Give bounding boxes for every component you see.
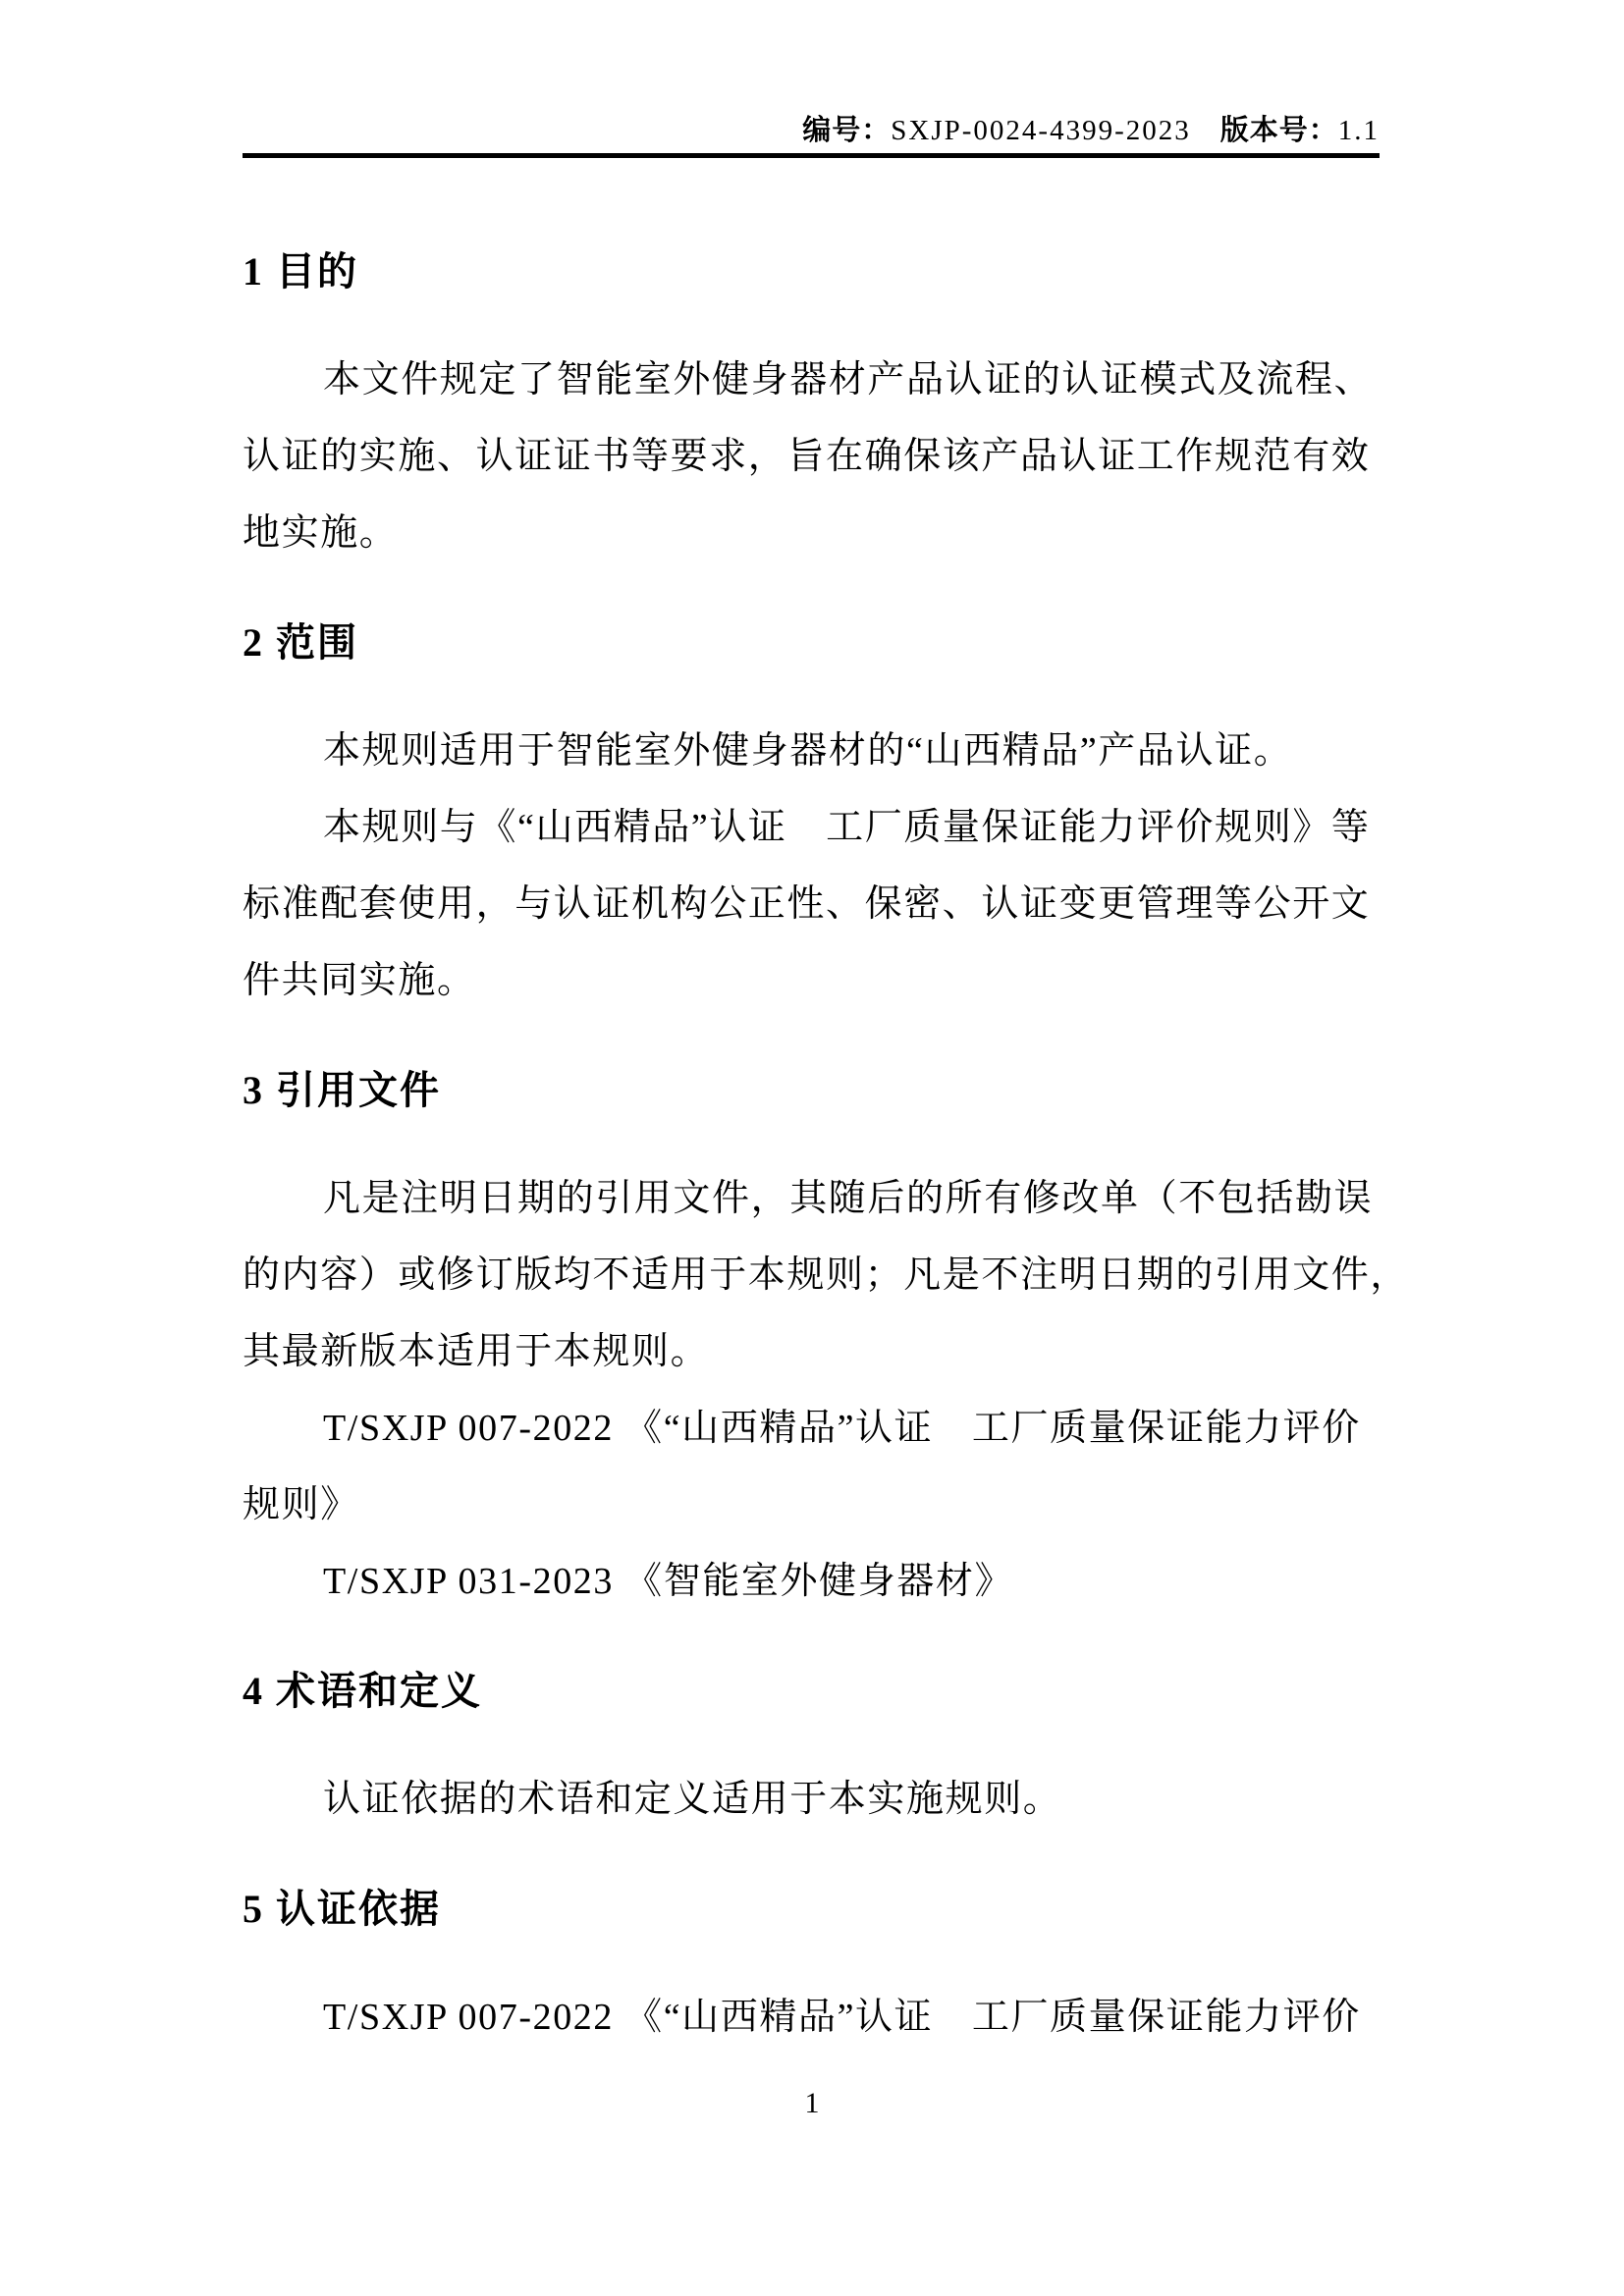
section-heading-purpose: 1 目的 <box>243 234 1383 310</box>
text-line: 标准配套使用，与认证机构公正性、保密、认证变更管理等公开文 <box>243 866 1383 942</box>
page-header: 编号：SXJP-0024-4399-2023版本号：1.1 <box>802 114 1380 147</box>
text-line: 件共同实施。 <box>243 942 1383 1019</box>
section-heading-certification-basis: 5 认证依据 <box>243 1871 1383 1948</box>
text-line: 凡是注明日期的引用文件，其随后的所有修改单（不包括勘误 <box>243 1160 1383 1237</box>
text-line: 本规则适用于智能室外健身器材的“山西精品”产品认证。 <box>243 713 1383 789</box>
text-line: 本规则与《“山西精品”认证 工厂质量保证能力评价规则》等 <box>243 789 1383 866</box>
text-line: T/SXJP 007-2022 《“山西精品”认证 工厂质量保证能力评价 <box>243 1979 1383 2056</box>
text-line: 的内容）或修订版均不适用于本规则；凡是不注明日期的引用文件， <box>243 1237 1383 1313</box>
text-line: 规则》 <box>243 1467 1383 1543</box>
page-number: 1 <box>0 2087 1624 2120</box>
document-body: 1 目的 本文件规定了智能室外健身器材产品认证的认证模式及流程、 认证的实施、认… <box>243 200 1383 2056</box>
doc-version-value: 1.1 <box>1338 115 1380 146</box>
section-heading-references: 3 引用文件 <box>243 1052 1383 1129</box>
doc-code-label: 编号： <box>802 115 891 146</box>
doc-version-label: 版本号： <box>1220 115 1338 146</box>
header-divider-line <box>243 153 1380 158</box>
section-heading-terms: 4 术语和定义 <box>243 1653 1383 1730</box>
text-line: 认证依据的术语和定义适用于本实施规则。 <box>243 1761 1383 1838</box>
text-line: 其最新版本适用于本规则。 <box>243 1313 1383 1390</box>
text-line: 本文件规定了智能室外健身器材产品认证的认证模式及流程、 <box>243 342 1383 418</box>
text-line: 地实施。 <box>243 495 1383 571</box>
text-line: 认证的实施、认证证书等要求，旨在确保该产品认证工作规范有效 <box>243 418 1383 495</box>
document-page: 编号：SXJP-0024-4399-2023版本号：1.1 1 目的 本文件规定… <box>0 0 1624 2296</box>
section-heading-scope: 2 范围 <box>243 605 1383 681</box>
text-line: T/SXJP 007-2022 《“山西精品”认证 工厂质量保证能力评价 <box>243 1390 1383 1467</box>
doc-code-value: SXJP-0024-4399-2023 <box>891 115 1190 146</box>
text-line: T/SXJP 031-2023 《智能室外健身器材》 <box>243 1543 1383 1620</box>
